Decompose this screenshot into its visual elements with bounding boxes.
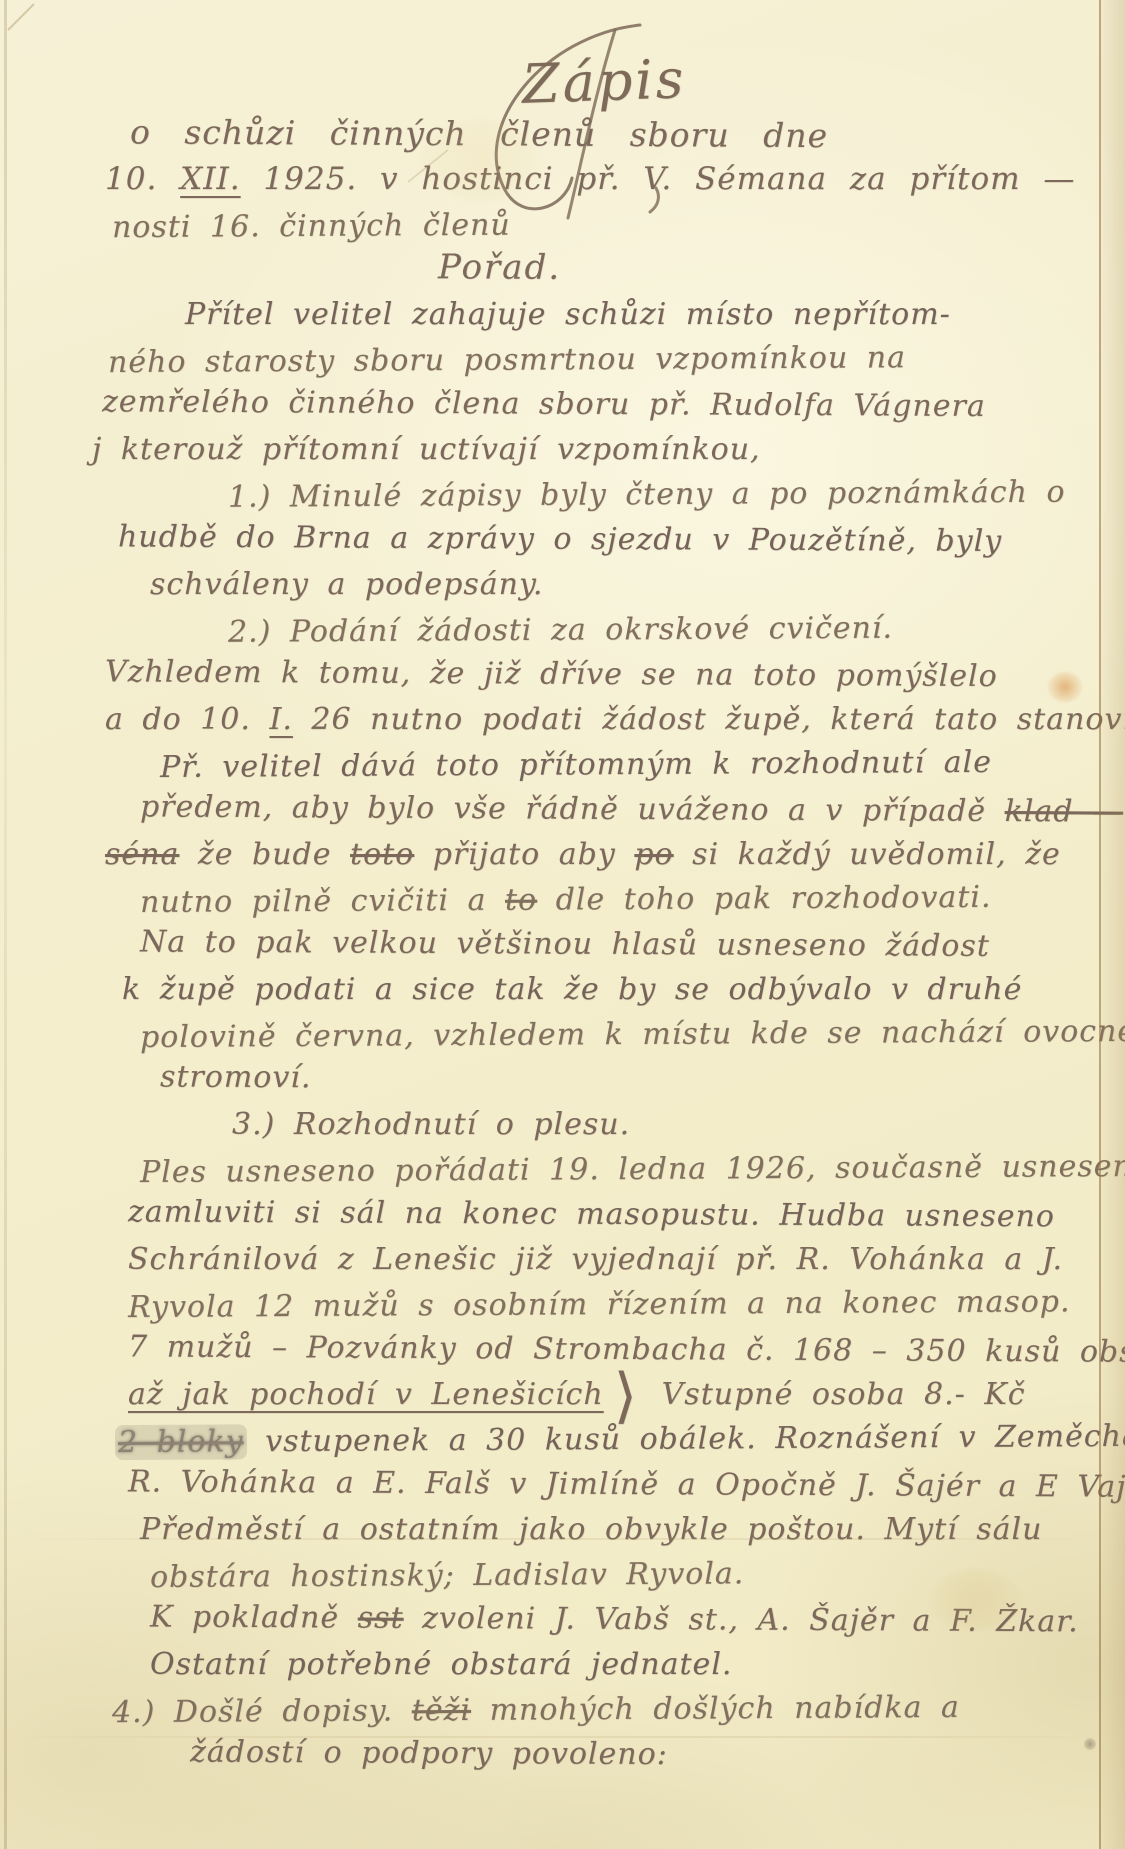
handwritten-text: a do 10. (105, 702, 269, 737)
manuscript-line: Př. velitel dává toto přítomným k rozhod… (160, 739, 1125, 790)
manuscript-page: Zápis o schůzi činných členů sboru dne10… (0, 0, 1125, 1849)
handwritten-text: přijato aby (414, 837, 634, 872)
manuscript-line: K pokladně sst zvoleni J. Vabš st., A. Š… (150, 1594, 1125, 1644)
manuscript-line: stromoví. (160, 1054, 1125, 1104)
manuscript-line: 7 mužů – Pozvánky od Strombacha č. 168 –… (128, 1324, 1125, 1374)
manuscript-line: Ostatní potřebné obstará jednatel. (150, 1642, 1125, 1687)
handwritten-text: Ostatní potřebné obstará jednatel. (150, 1647, 732, 1682)
manuscript-line: 3.) Rozhodnutí o plesu. (232, 1102, 1125, 1147)
handwritten-text: stromoví. (160, 1059, 312, 1095)
handwritten-text: 1.) Minulé zápisy byly čteny a po poznám… (228, 475, 1066, 515)
handwritten-text: až jak pochodí v Lenešicích (128, 1377, 604, 1412)
manuscript-lines: o schůzi činných členů sboru dne10. XII.… (0, 112, 1125, 1777)
struck-text: sst (358, 1601, 404, 1636)
manuscript-line: j kterouž přítomní uctívají vzpomínkou, (92, 427, 1125, 472)
handwritten-text: žádostí o podpory povoleno: (190, 1735, 668, 1773)
manuscript-line: zemřelého činného člena sboru př. Rudolf… (102, 379, 1125, 429)
manuscript-line: 1.) Minulé zápisy byly čteny a po poznám… (228, 469, 1125, 519)
handwritten-text: K pokladně (150, 1599, 358, 1635)
handwritten-text: 2.) Podání žádosti za okrskové cvičení. (228, 611, 893, 650)
struck-text: těži (412, 1693, 471, 1728)
manuscript-line: schváleny a podepsány. (150, 562, 1125, 607)
handwritten-text: 7 mužů – Pozvánky od Strombacha č. 168 –… (128, 1329, 1125, 1370)
handwritten-text: že bude (179, 837, 350, 872)
manuscript-line: až jak pochodí v Lenešicích⟩ Vstupné oso… (128, 1372, 1125, 1417)
struck-text: po (634, 837, 673, 872)
handwritten-text: Vzhledem k tomu, že již dříve se na toto… (105, 654, 998, 694)
struck-text: toto (350, 837, 414, 872)
handwritten-text: Př. velitel dává toto přítomným k rozhod… (160, 745, 992, 785)
handwritten-text: XII. (180, 161, 240, 197)
manuscript-line: 10. XII. 1925. v hostinci př. V. Sémana … (105, 157, 1125, 202)
handwritten-text: zemřelého činného člena sboru př. Rudolf… (102, 384, 986, 424)
handwritten-text: o schůzi činných členů sboru dne (130, 112, 828, 155)
paper-streak (0, 1736, 1100, 1738)
handwritten-text: R. Vohánka a E. Falš v Jimlíně a Opočně … (128, 1464, 1125, 1504)
handwritten-text: I. (269, 702, 292, 737)
handwritten-text: Ples usneseno pořádati 19. ledna 1926, s… (140, 1149, 1125, 1190)
manuscript-line: nutno pilně cvičiti a to dle toho pak ro… (140, 874, 1125, 925)
handwritten-text: 3.) Rozhodnutí o plesu. (232, 1107, 630, 1142)
manuscript-line: Předměstí a ostatním jako obvykle poštou… (140, 1507, 1125, 1552)
handwritten-text: 4.) Došlé dopisy. (112, 1693, 412, 1730)
handwritten-text: nutno pilně cvičiti a (140, 883, 505, 920)
struck-text: to (505, 883, 537, 918)
paper-edge-left (4, 0, 7, 1849)
handwritten-text: 10. (105, 161, 180, 197)
manuscript-line: séna že bude toto přijato aby po si každ… (105, 832, 1125, 877)
manuscript-line: zamluviti si sál na konec masopustu. Hud… (128, 1189, 1125, 1239)
handwritten-text: zvoleni J. Vabš st., A. Šajěr a F. Žkar. (403, 1601, 1078, 1640)
manuscript-line: Vzhledem k tomu, že již dříve se na toto… (105, 649, 1125, 699)
manuscript-line: nosti 16. činných členů (112, 199, 1125, 250)
handwritten-text: Vstupné osoba 8.- Kč (643, 1377, 1025, 1412)
handwritten-text: Na to pak velkou většinou hlasů usneseno… (140, 924, 990, 963)
manuscript-line: k župě podati a sice tak že by se odbýva… (122, 967, 1125, 1012)
handwritten-text: polovině června, vzhledem k místu kde se… (140, 1014, 1125, 1055)
handwritten-text: Ryvola 12 mužů s osobním řízením a na ko… (128, 1284, 1071, 1325)
handwritten-text: zamluviti si sál na konec masopustu. Hud… (128, 1194, 1055, 1234)
manuscript-line: hudbě do Brna a zprávy o sjezdu v Pouzět… (118, 514, 1125, 564)
page-title: Zápis (521, 47, 687, 116)
manuscript-line: obstára hostinský; Ladislav Ryvola. (150, 1549, 1125, 1600)
paper-streak (0, 1538, 1100, 1540)
manuscript-line: Ryvola 12 mužů s osobním řízením a na ko… (128, 1279, 1125, 1330)
handwritten-text: 1925. v hostinci př. V. Sémana za přítom… (241, 161, 1076, 197)
manuscript-line: Ples usneseno pořádati 19. ledna 1926, s… (140, 1144, 1125, 1195)
manuscript-line: předem, aby bylo vše řádně uváženo a v p… (140, 784, 1125, 834)
manuscript-line: 4.) Došlé dopisy. těži mnohých došlých n… (112, 1684, 1125, 1735)
handwritten-text: nosti 16. činných členů (112, 208, 511, 245)
handwritten-text: hudbě do Brna a zprávy o sjezdu v Pouzět… (118, 519, 1002, 559)
handwritten-text: ného starosty sboru posmrtnou vzpomínkou… (108, 340, 906, 380)
handwritten-text: mnohých došlých nabídka a (471, 1690, 960, 1728)
paper-edge-right (1099, 0, 1125, 1849)
manuscript-line: Schránilová z Lenešic již vyjednají př. … (128, 1237, 1125, 1282)
manuscript-line: polovině června, vzhledem k místu kde se… (140, 1009, 1125, 1060)
handwritten-text: schváleny a podepsány. (150, 567, 543, 602)
manuscript-line: Přítel velitel zahajuje schůzi místo nep… (185, 292, 1125, 337)
handwritten-text: Pořad. (438, 247, 561, 288)
manuscript-line: 2.) Podání žádosti za okrskové cvičení. (228, 604, 1125, 654)
manuscript-line: Pořad. (438, 245, 1125, 294)
handwritten-text: j kterouž přítomní uctívají vzpomínkou, (92, 432, 761, 467)
handwritten-text: dle toho pak rozhodovati. (537, 880, 992, 918)
struck-text: séna (105, 837, 179, 872)
handwritten-text: obstára hostinský; Ladislav Ryvola. (150, 1556, 744, 1595)
manuscript-line: R. Vohánka a E. Falš v Jimlíně a Opočně … (128, 1459, 1125, 1509)
handwritten-text: Předměstí a ostatním jako obvykle poštou… (140, 1512, 1042, 1547)
manuscript-line: Na to pak velkou většinou hlasů usneseno… (140, 919, 1125, 969)
handwritten-text: k župě podati a sice tak že by se odbýva… (122, 972, 1022, 1007)
handwritten-text: si každý uvědomil, že (674, 837, 1061, 872)
handwritten-text: Schránilová z Lenešic již vyjednají př. … (128, 1242, 1063, 1277)
handwritten-text: 26 nutno podati žádost župě, která tato … (293, 702, 1125, 737)
handwritten-text: předem, aby bylo vše řádně uváženo a v p… (140, 789, 1005, 829)
manuscript-line: 2 bloky vstupenek a 30 kusů obálek. Rozn… (115, 1414, 1125, 1465)
handwritten-text: vstupenek a 30 kusů obálek. Roznášení v … (247, 1419, 1125, 1460)
manuscript-line: a do 10. I. 26 nutno podati žádost župě,… (105, 697, 1125, 742)
manuscript-line: ného starosty sboru posmrtnou vzpomínkou… (108, 334, 1125, 385)
struck-text: 2 bloky (115, 1424, 247, 1460)
manuscript-line: o schůzi činných členů sboru dne (130, 109, 1125, 159)
handwritten-text: Přítel velitel zahajuje schůzi místo nep… (185, 297, 951, 332)
